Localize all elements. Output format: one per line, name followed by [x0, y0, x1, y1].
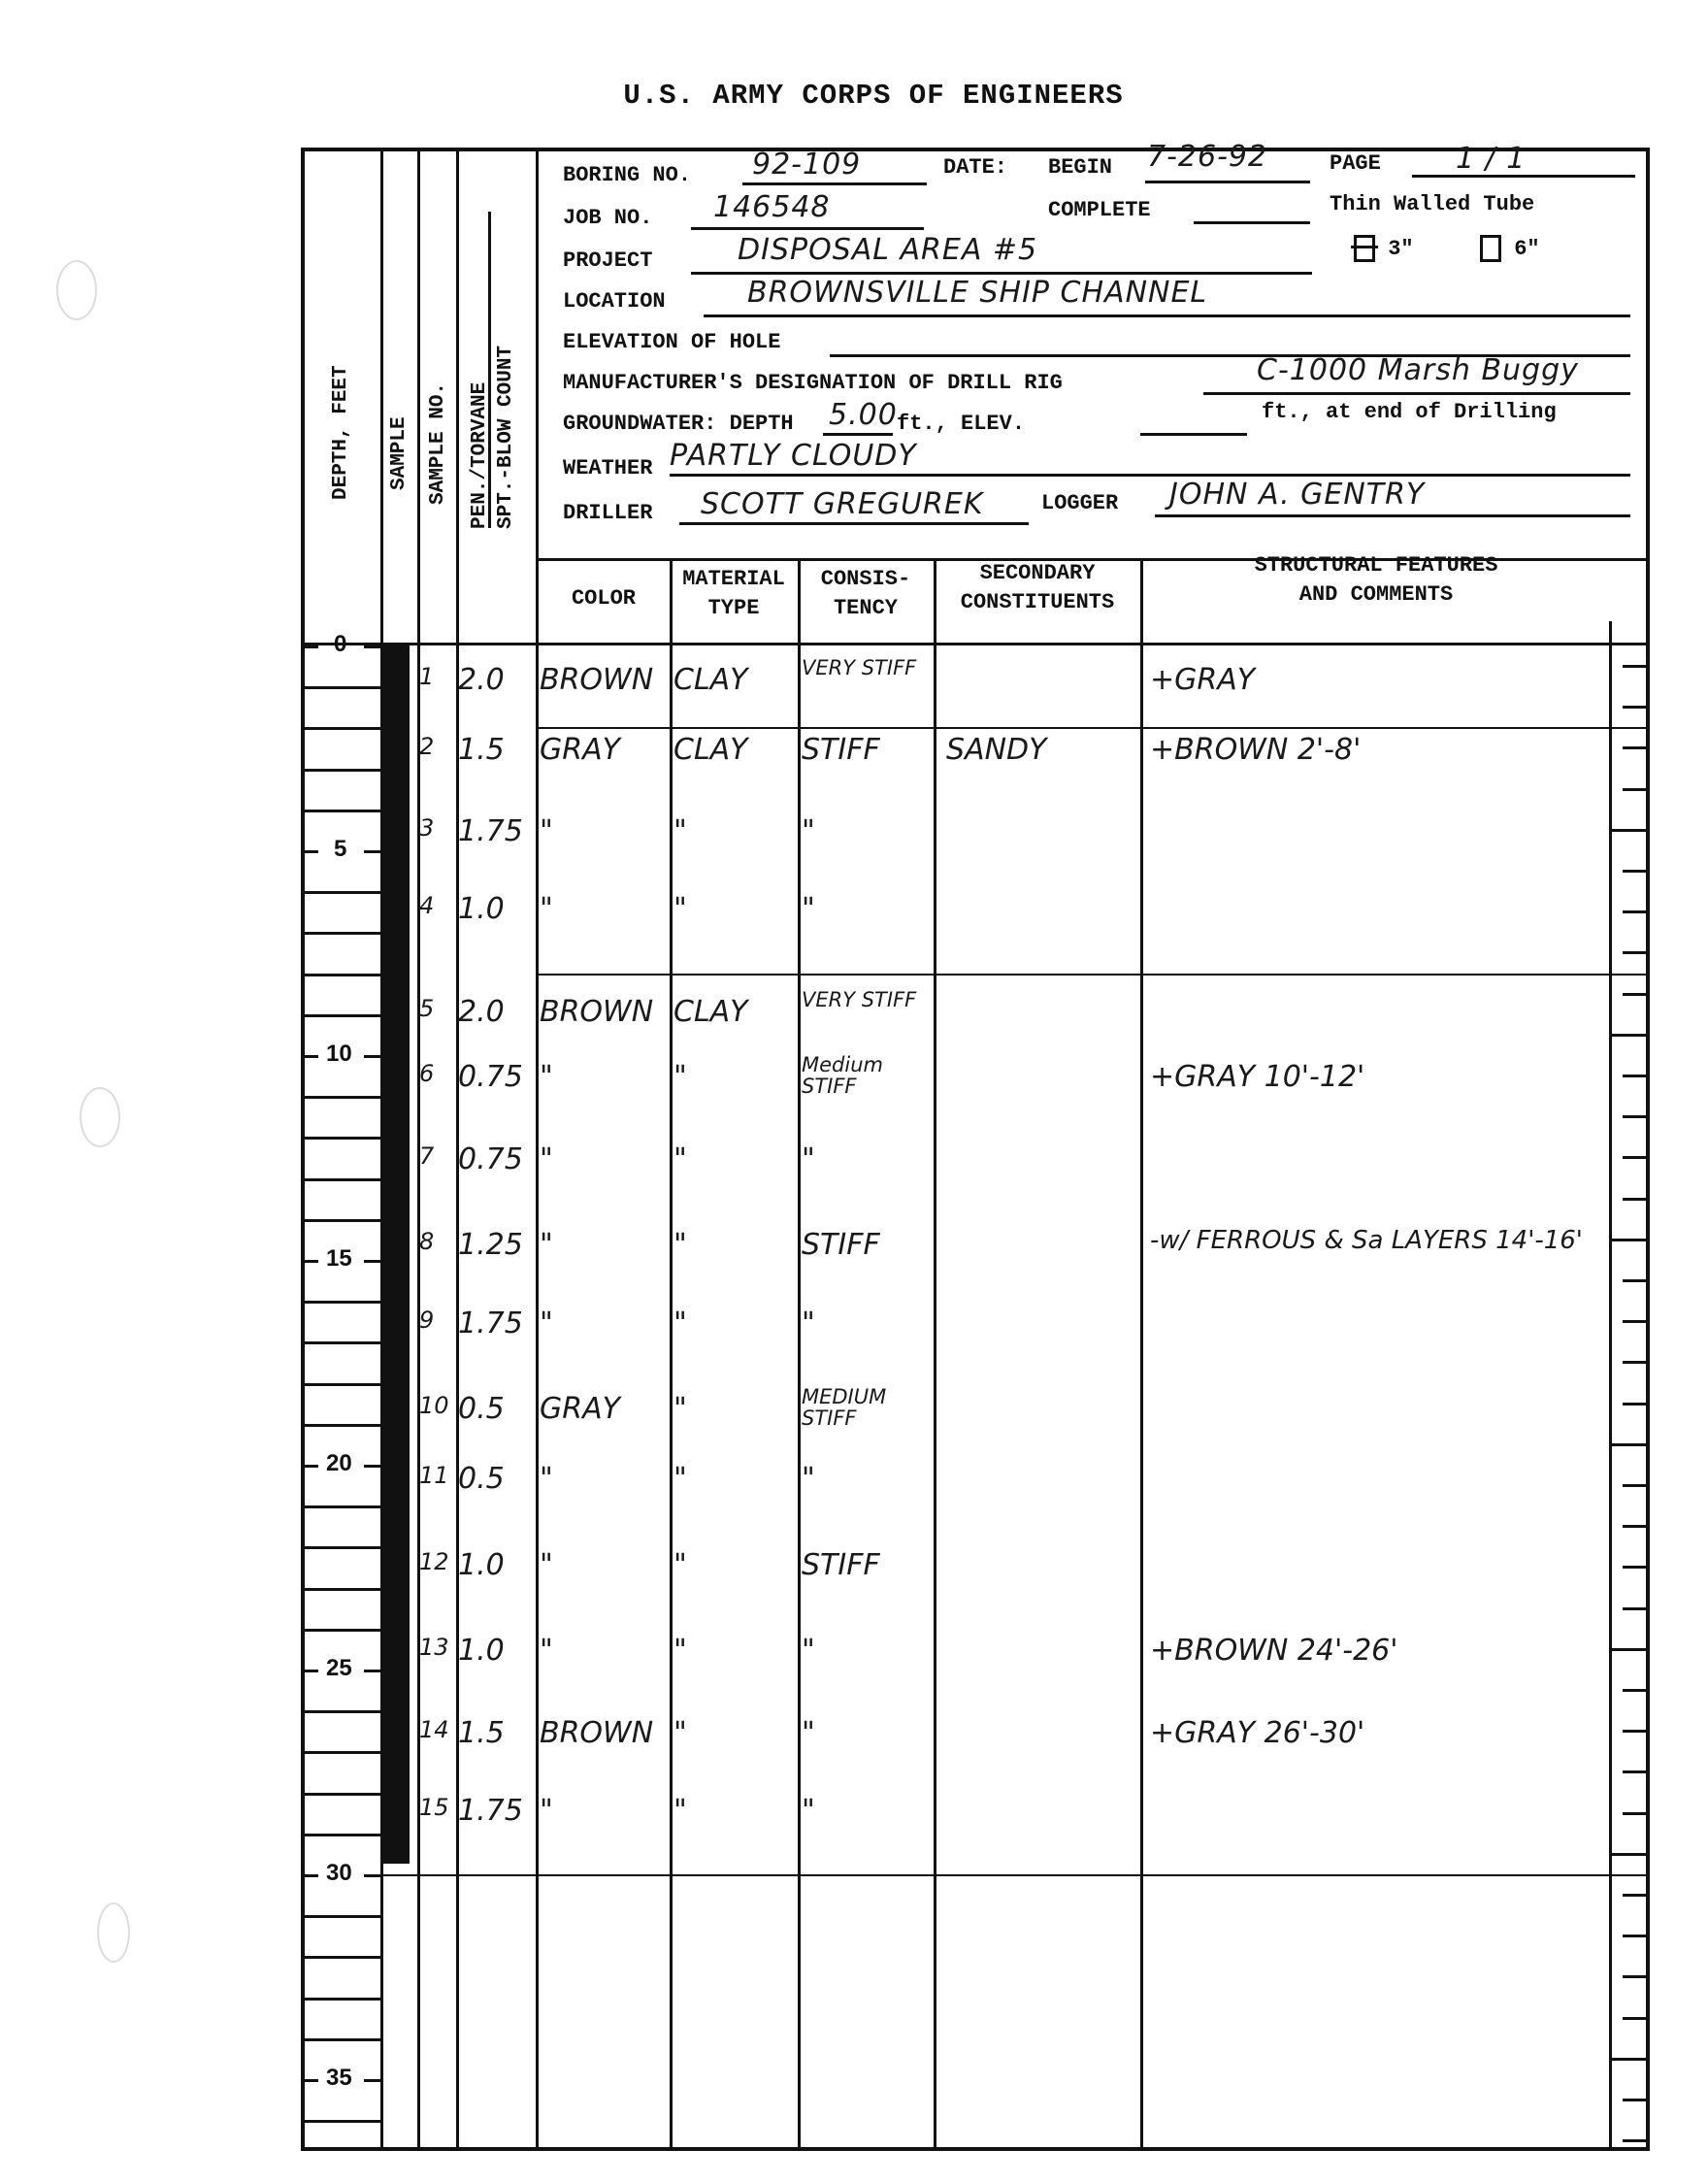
- color-cell: ": [540, 892, 553, 926]
- depth-tick: [301, 1301, 380, 1304]
- material-cell: ": [673, 1392, 687, 1426]
- complete-label: COMPLETE: [1048, 198, 1151, 222]
- project-value: DISPOSAL AREA #5: [738, 233, 1037, 267]
- pen-torvane-cell: 1.75: [458, 1306, 523, 1340]
- depth-tick: [301, 1383, 380, 1386]
- right-scale-tick: [1623, 1361, 1648, 1364]
- material-cell: ": [673, 1794, 687, 1828]
- tube-option-3[interactable]: 3": [1354, 235, 1414, 262]
- table-row: 21.5GRAYCLAYSTIFFSANDY+BROWN 2'-8': [0, 733, 1708, 772]
- tube-option-6-label: 6": [1514, 237, 1539, 261]
- secondary-cell: SANDY: [946, 733, 1046, 767]
- right-scale-tick: [1623, 1279, 1648, 1282]
- right-scale-tick: [1623, 870, 1648, 873]
- pen-torvane-cell: 0.75: [458, 1142, 523, 1176]
- material-cell: CLAY: [673, 663, 748, 697]
- depth-tick: [364, 1055, 381, 1058]
- color-cell: ": [540, 1228, 553, 1262]
- underline: [704, 314, 1630, 317]
- right-scale-tick: [1623, 1975, 1648, 1978]
- sample-no-cell: 10: [419, 1392, 449, 1419]
- boring-no-value: 92-109: [752, 148, 861, 182]
- right-scale-tick: [1623, 1607, 1648, 1610]
- sample-no-cell: 1: [419, 663, 434, 690]
- material-cell: ": [673, 1548, 687, 1582]
- consistency-cell: STIFF: [802, 733, 880, 767]
- page-label: PAGE: [1330, 151, 1381, 176]
- boring-no-label: BORING NO.: [563, 163, 691, 187]
- underline: [691, 227, 924, 230]
- date-label: DATE:: [943, 155, 1007, 180]
- groundwater-depth-value: 5.00: [829, 398, 898, 432]
- material-cell: ": [673, 1634, 687, 1668]
- consistency-cell: ": [802, 1306, 815, 1340]
- right-scale-tick: [1611, 1034, 1648, 1037]
- column-structural-line1: STRUCTURAL FEATURES: [1143, 551, 1609, 580]
- material-cell: ": [673, 1228, 687, 1262]
- pen-torvane-cell: 0.5: [458, 1392, 505, 1426]
- tube-option-3-label: 3": [1388, 237, 1413, 261]
- begin-date-value: 7-26-92: [1147, 140, 1267, 174]
- color-cell: BROWN: [540, 663, 653, 697]
- pen-torvane-cell: 1.75: [458, 814, 523, 848]
- layer-boundary: [536, 727, 1650, 729]
- comment-cell: +GRAY 10'-12': [1150, 1060, 1364, 1094]
- divider: [670, 558, 673, 2150]
- right-scale-tick: [1623, 1525, 1648, 1528]
- color-cell: BROWN: [540, 1716, 653, 1750]
- sample-no-cell: 4: [419, 892, 434, 919]
- consistency-cell: STIFF: [802, 1548, 880, 1582]
- depth-label: 35: [326, 2065, 352, 2092]
- column-spt-header: SPT.-BLOW COUNT: [495, 346, 517, 529]
- column-structural-line2: AND COMMENTS: [1143, 580, 1609, 610]
- depth-tick: [301, 1956, 380, 1959]
- depth-label: 0: [334, 631, 346, 658]
- table-row: 91.75""": [0, 1306, 1708, 1345]
- column-material-header: MATERIAL TYPE: [672, 565, 796, 623]
- rig-value: C-1000 Marsh Buggy: [1257, 353, 1579, 387]
- depth-tick: [301, 1055, 318, 1058]
- color-cell: GRAY: [540, 733, 620, 767]
- project-label: PROJECT: [563, 248, 652, 273]
- job-no-value: 146548: [713, 190, 831, 224]
- binder-hole: [56, 260, 97, 320]
- underline: [1155, 514, 1630, 517]
- pen-torvane-cell: 1.0: [458, 1548, 505, 1582]
- divider: [301, 643, 1650, 645]
- sample-no-cell: 8: [419, 1228, 434, 1255]
- table-row: 52.0BROWNCLAYVERY STIFF: [0, 995, 1708, 1034]
- underline: [1203, 392, 1630, 395]
- sample-no-cell: 12: [419, 1548, 449, 1575]
- column-consistency-header: CONSIS- TENCY: [800, 565, 932, 623]
- pen-torvane-cell: 1.5: [458, 733, 505, 767]
- depth-tick: [301, 1998, 380, 2001]
- checkbox-icon: [1480, 235, 1501, 262]
- sample-no-cell: 7: [419, 1142, 434, 1170]
- sample-no-cell: 3: [419, 814, 434, 842]
- depth-tick: [301, 1505, 380, 1508]
- material-cell: ": [673, 814, 687, 848]
- column-material-line1: MATERIAL: [672, 565, 796, 594]
- pen-torvane-cell: 0.5: [458, 1462, 505, 1496]
- underline: [742, 182, 927, 185]
- location-label: LOCATION: [563, 289, 666, 314]
- right-scale-tick: [1623, 788, 1648, 791]
- right-scale-tick: [1623, 1115, 1648, 1118]
- consistency-cell: ": [802, 1634, 815, 1668]
- pen-torvane-cell: 2.0: [458, 663, 505, 697]
- color-cell: ": [540, 1462, 553, 1496]
- sample-no-cell: 11: [419, 1462, 449, 1489]
- material-cell: ": [673, 1060, 687, 1094]
- right-scale-tick: [1623, 2139, 1648, 2142]
- begin-label: BEGIN: [1048, 155, 1112, 180]
- material-cell: CLAY: [673, 733, 748, 767]
- table-row: 31.75""": [0, 814, 1708, 853]
- material-cell: ": [673, 1716, 687, 1750]
- depth-tick: [301, 645, 318, 648]
- depth-tick: [301, 1834, 380, 1836]
- depth-tick: [301, 932, 380, 935]
- column-consistency-line1: CONSIS-: [800, 565, 932, 594]
- underline: [1145, 181, 1310, 183]
- layer-boundary: [536, 974, 1650, 976]
- consistency-cell: ": [802, 1142, 815, 1176]
- consistency-cell: Medium STIFF: [802, 1054, 932, 1097]
- right-scale-tick: [1611, 1853, 1648, 1856]
- groundwater-elev-field: [1140, 433, 1247, 436]
- column-consistency-line2: TENCY: [800, 594, 932, 623]
- table-row: 141.5BROWN""+GRAY 26'-30': [0, 1716, 1708, 1755]
- right-scale-tick: [1611, 2058, 1648, 2061]
- groundwater-label: GROUNDWATER: DEPTH: [563, 412, 794, 436]
- sample-no-cell: 2: [419, 733, 434, 760]
- driller-label: DRILLER: [563, 501, 652, 525]
- color-cell: ": [540, 814, 553, 848]
- right-scale-tick: [1623, 2017, 1648, 2020]
- depth-tick: [301, 810, 380, 812]
- checkbox-icon: [1354, 235, 1375, 262]
- comment-cell: -w/ FERROUS & Sa LAYERS 14'-16': [1150, 1224, 1635, 1257]
- comment-cell: +BROWN 24'-26': [1150, 1634, 1397, 1668]
- depth-tick: [301, 1915, 380, 1918]
- sample-no-cell: 6: [419, 1060, 434, 1087]
- pen-torvane-cell: 1.0: [458, 892, 505, 926]
- color-cell: ": [540, 1634, 553, 1668]
- column-secondary-header: SECONDARY CONSTITUENTS: [936, 559, 1139, 617]
- material-cell: ": [673, 1462, 687, 1496]
- sample-no-cell: 14: [419, 1716, 449, 1743]
- underline: [679, 522, 1029, 525]
- comment-cell: +GRAY 26'-30': [1150, 1716, 1364, 1750]
- sample-no-cell: 15: [419, 1794, 449, 1821]
- right-scale-tick: [1623, 2099, 1648, 2101]
- color-cell: ": [540, 1548, 553, 1582]
- depth-tick: [301, 1137, 380, 1140]
- divider: [1140, 558, 1143, 2150]
- column-secondary-line2: CONSTITUENTS: [936, 588, 1139, 617]
- right-scale-tick: [1623, 1689, 1648, 1692]
- material-cell: ": [673, 1142, 687, 1176]
- consistency-cell: VERY STIFF: [802, 989, 932, 1010]
- color-cell: ": [540, 1060, 553, 1094]
- logger-label: LOGGER: [1041, 491, 1118, 515]
- underline: [1412, 175, 1635, 178]
- column-sample-no-header: SAMPLE NO.: [427, 382, 449, 505]
- tube-option-6[interactable]: 6": [1480, 235, 1540, 262]
- complete-field: [1194, 221, 1310, 224]
- depth-tick: [301, 1219, 380, 1222]
- fraction-line: [488, 212, 491, 528]
- color-cell: ": [540, 1306, 553, 1340]
- page-value: 1 / 1: [1456, 142, 1526, 176]
- layer-boundary: [380, 1874, 1650, 1876]
- consistency-cell: ": [802, 892, 815, 926]
- consistency-cell: VERY STIFF: [802, 657, 932, 678]
- pen-torvane-cell: 2.0: [458, 995, 505, 1029]
- right-scale-tick: [1623, 1894, 1648, 1897]
- table-row: 41.0""": [0, 892, 1708, 931]
- sample-no-cell: 5: [419, 995, 434, 1022]
- column-depth-header: DEPTH, FEET: [330, 365, 352, 500]
- table-row: 60.75""Medium STIFF+GRAY 10'-12': [0, 1060, 1708, 1099]
- underline: [823, 433, 893, 436]
- column-sample-header: SAMPLE: [388, 416, 411, 490]
- weather-value: PARTLY CLOUDY: [670, 439, 917, 473]
- column-structural-header: STRUCTURAL FEATURES AND COMMENTS: [1143, 551, 1609, 610]
- pen-torvane-cell: 1.25: [458, 1228, 523, 1262]
- material-cell: CLAY: [673, 995, 748, 1029]
- right-scale-tick: [1623, 1770, 1648, 1773]
- pen-torvane-cell: 1.5: [458, 1716, 505, 1750]
- depth-tick: [301, 2079, 318, 2082]
- tube-label: Thin Walled Tube: [1330, 192, 1534, 216]
- rig-label: MANUFACTURER'S DESIGNATION OF DRILL RIG: [563, 371, 1063, 395]
- ft-elev-label: ft., ELEV.: [897, 412, 1025, 436]
- comment-cell: +GRAY: [1150, 663, 1255, 697]
- pen-torvane-cell: 1.75: [458, 1794, 523, 1828]
- color-cell: GRAY: [540, 1392, 620, 1426]
- table-row: 110.5""": [0, 1462, 1708, 1501]
- color-cell: BROWN: [540, 995, 653, 1029]
- column-secondary-line1: SECONDARY: [936, 559, 1139, 588]
- elevation-label: ELEVATION OF HOLE: [563, 330, 780, 354]
- table-row: 121.0""STIFF: [0, 1548, 1708, 1587]
- color-cell: ": [540, 1794, 553, 1828]
- depth-tick: [301, 1874, 318, 1877]
- table-row: 12.0BROWNCLAYVERY STIFF+GRAY: [0, 663, 1708, 702]
- depth-tick: [364, 2079, 381, 2082]
- consistency-cell: ": [802, 1462, 815, 1496]
- right-scale-tick: [1623, 1935, 1648, 1937]
- location-value: BROWNSVILLE SHIP CHANNEL: [747, 276, 1207, 310]
- binder-hole: [97, 1902, 130, 1963]
- table-row: 100.5GRAY"MEDIUM STIFF: [0, 1392, 1708, 1431]
- depth-label: 30: [326, 1860, 352, 1887]
- job-no-label: JOB NO.: [563, 206, 652, 230]
- consistency-cell: STIFF: [802, 1228, 880, 1262]
- material-cell: ": [673, 1306, 687, 1340]
- sample-no-cell: 13: [419, 1634, 449, 1661]
- logger-value: JOHN A. GENTRY: [1169, 478, 1425, 512]
- right-scale-tick: [1623, 951, 1648, 954]
- weather-label: WEATHER: [563, 456, 652, 480]
- comment-cell: +BROWN 2'-8': [1150, 733, 1361, 767]
- pen-torvane-cell: 0.75: [458, 1060, 523, 1094]
- depth-tick: [301, 974, 380, 976]
- depth-tick: [301, 727, 380, 730]
- column-material-line2: TYPE: [672, 594, 796, 623]
- underline: [670, 474, 1630, 477]
- page-title: U.S. ARMY CORPS OF ENGINEERS: [0, 80, 1708, 112]
- right-scale-tick: [1611, 1443, 1648, 1446]
- divider: [934, 558, 936, 2150]
- consistency-cell: ": [802, 1716, 815, 1750]
- depth-tick: [364, 1874, 381, 1877]
- table-row: 70.75""": [0, 1142, 1708, 1181]
- sample-no-cell: 9: [419, 1306, 434, 1334]
- end-of-drilling-label: ft., at end of Drilling: [1262, 400, 1557, 424]
- depth-tick: [301, 1629, 380, 1632]
- divider: [798, 558, 801, 2150]
- depth-tick: [301, 1710, 380, 1713]
- table-row: 131.0"""+BROWN 24'-26': [0, 1634, 1708, 1672]
- consistency-cell: ": [802, 1794, 815, 1828]
- depth-tick: [301, 1588, 380, 1591]
- underline: [691, 272, 1312, 275]
- consistency-cell: MEDIUM STIFF: [802, 1386, 932, 1429]
- driller-value: SCOTT GREGUREK: [701, 487, 984, 521]
- table-row: 81.25""STIFF-w/ FERROUS & Sa LAYERS 14'-…: [0, 1228, 1708, 1267]
- column-color-header: COLOR: [540, 584, 668, 613]
- material-cell: ": [673, 892, 687, 926]
- right-scale-tick: [1623, 706, 1648, 709]
- table-row: 151.75""": [0, 1794, 1708, 1833]
- pen-torvane-cell: 1.0: [458, 1634, 505, 1668]
- color-cell: ": [540, 1142, 553, 1176]
- consistency-cell: ": [802, 814, 815, 848]
- depth-tick: [301, 2120, 380, 2123]
- depth-tick: [364, 645, 381, 648]
- right-scale-tick: [1623, 1198, 1648, 1201]
- depth-tick: [301, 2038, 380, 2041]
